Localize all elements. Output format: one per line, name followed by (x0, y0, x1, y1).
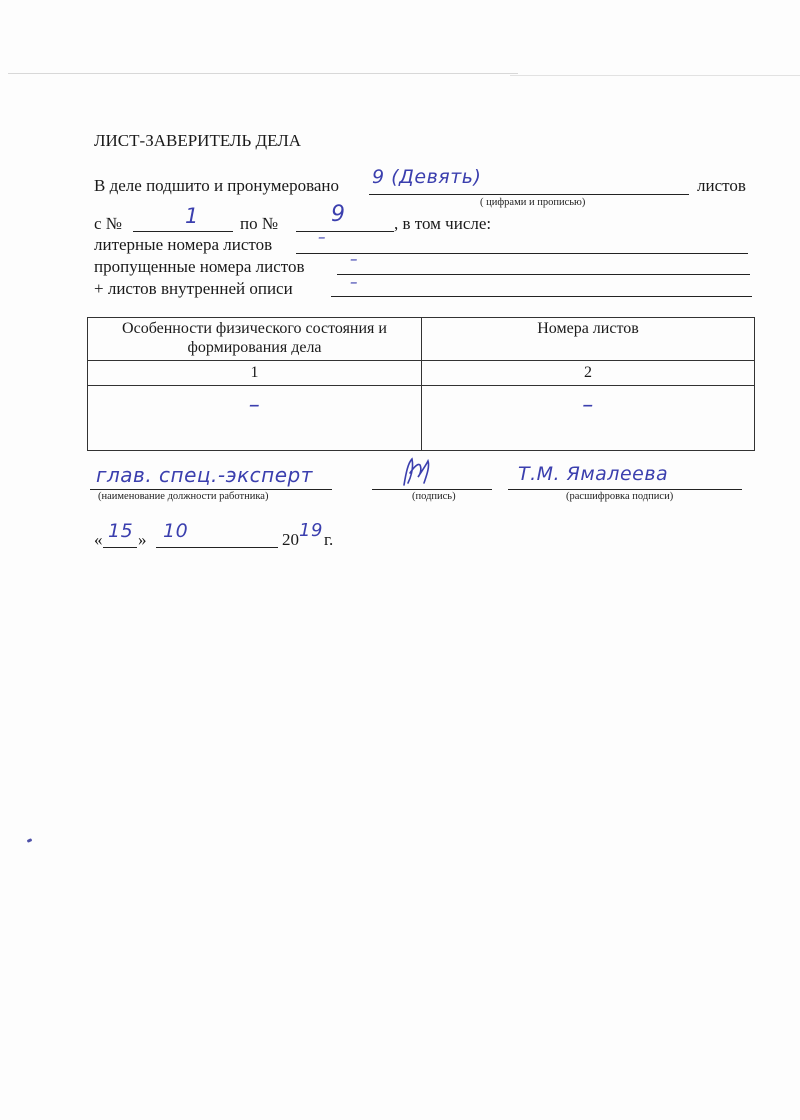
page-title: ЛИСТ-ЗАВЕРИТЕЛЬ ДЕЛА (94, 131, 301, 151)
condition-table: Особенности физического состояния и форм… (87, 317, 755, 451)
table-header-sheet-numbers: Номера листов (422, 318, 755, 361)
handwritten-signature-icon (396, 455, 436, 487)
range-to-underline (296, 231, 394, 232)
signature-mark[interactable] (396, 455, 436, 487)
table-cell[interactable]: – (88, 386, 422, 451)
internal-inventory-underline (331, 296, 752, 297)
name-underline (508, 489, 742, 490)
range-to-value[interactable]: 9 (331, 202, 346, 227)
table-column-number: 1 (88, 361, 422, 386)
missing-numbers-underline (337, 274, 750, 275)
date-year-suffix[interactable]: 19 (299, 520, 323, 541)
sheets-suffix: листов (697, 176, 746, 196)
table-cell-value: – (582, 393, 594, 418)
position-underline (90, 489, 332, 490)
internal-inventory-value[interactable]: – (350, 273, 358, 291)
date-day[interactable]: 15 (108, 520, 133, 542)
range-to-label: по № (240, 214, 278, 234)
missing-numbers-value[interactable]: – (350, 250, 358, 268)
date-month-underline (156, 547, 278, 548)
ink-speck (27, 838, 33, 843)
table-cell-value: – (249, 393, 261, 418)
date-open-quote: « (94, 530, 103, 550)
missing-numbers-label: пропущенные номера листов (94, 257, 304, 277)
literal-numbers-label: литерные номера листов (94, 235, 272, 255)
range-suffix: , в том числе: (394, 214, 491, 234)
table-header-row: Особенности физического состояния и форм… (88, 318, 755, 361)
date-month[interactable]: 10 (163, 520, 188, 542)
date-close-quote: » (138, 530, 147, 550)
name-caption: (расшифровка подписи) (566, 491, 673, 502)
table-column-numbers-row: 1 2 (88, 361, 755, 386)
sheets-caption: ( цифрами и прописью) (480, 197, 585, 208)
literal-numbers-underline (296, 253, 748, 254)
position-caption: (наименование должности работника) (98, 491, 268, 502)
table-cell[interactable]: – (422, 386, 755, 451)
date-year-unit: г. (324, 530, 333, 550)
table-row: – – (88, 386, 755, 451)
literal-numbers-value[interactable]: – (318, 228, 326, 246)
scan-edge-line (510, 75, 800, 76)
position-value[interactable]: глав. спец.-эксперт (96, 463, 313, 487)
internal-inventory-label: + листов внутренней описи (94, 279, 293, 299)
date-day-underline (103, 547, 137, 548)
sheets-underline (369, 194, 689, 195)
sheets-value[interactable]: 9 (Девять) (372, 166, 481, 188)
signature-caption: (подпись) (412, 491, 456, 502)
table-header-condition: Особенности физического состояния и форм… (88, 318, 422, 361)
range-from-underline (133, 231, 233, 232)
range-from-value[interactable]: 1 (185, 204, 199, 228)
sheets-label: В деле подшито и пронумеровано (94, 176, 339, 196)
name-value[interactable]: Т.М. Ямалеева (518, 463, 668, 485)
range-from-label: с № (94, 214, 122, 234)
scan-edge-line (8, 73, 518, 74)
signature-underline (372, 489, 492, 490)
date-year-prefix: 20 (282, 530, 299, 550)
table-column-number: 2 (422, 361, 755, 386)
